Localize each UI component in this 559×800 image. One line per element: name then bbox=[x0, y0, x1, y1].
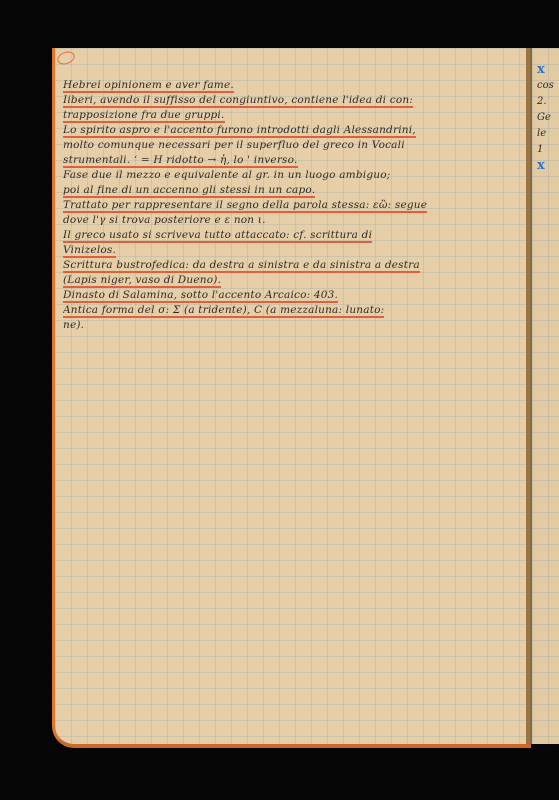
note-line: Dinasto di Salamina, sotto l'accento Arc… bbox=[63, 288, 525, 303]
note-text: molto comunque necessari per il superflu… bbox=[63, 139, 405, 151]
note-fragment: 2. bbox=[537, 94, 554, 110]
red-oval-mark bbox=[55, 49, 76, 66]
note-text: Hebrei opinionem e aver fame. bbox=[63, 79, 234, 93]
note-text: strumentali. ‘ = H ridotto → ἡ, lo ' inv… bbox=[63, 154, 298, 168]
note-line: Il greco usato si scriveva tutto attacca… bbox=[63, 228, 525, 243]
note-text: Lo spirito aspro e l'accento furono intr… bbox=[63, 124, 416, 138]
note-text: poi al fine di un accenno gli stessi in … bbox=[63, 184, 315, 198]
note-fragment: 1 bbox=[537, 142, 554, 158]
note-line: molto comunque necessari per il superflu… bbox=[63, 138, 525, 153]
note-text: Iiberi, avendo il suffisso del congiunti… bbox=[63, 94, 413, 108]
note-text: ne). bbox=[63, 319, 84, 331]
note-line: Fase due il mezzo e equivalente al gr. i… bbox=[63, 168, 525, 183]
note-text: trapposizione fra due gruppi. bbox=[63, 109, 225, 123]
note-text: (Lapis niger, vaso di Dueno). bbox=[63, 274, 221, 288]
note-line: trapposizione fra due gruppi. bbox=[63, 108, 525, 123]
note-line: (Lapis niger, vaso di Dueno). bbox=[63, 273, 525, 288]
note-text: Scrittura bustrofedica: da destra a sini… bbox=[63, 259, 420, 273]
blue-x-mark-icon: x bbox=[537, 62, 554, 78]
note-line: ne). bbox=[63, 318, 525, 333]
note-text: Fase due il mezzo e equivalente al gr. i… bbox=[63, 169, 390, 181]
note-text: Trattato per rappresentare il segno dell… bbox=[63, 199, 427, 213]
note-line: Lo spirito aspro e l'accento furono intr… bbox=[63, 123, 525, 138]
note-text: Dinasto di Salamina, sotto l'accento Arc… bbox=[63, 289, 338, 303]
note-line: poi al fine di un accenno gli stessi in … bbox=[63, 183, 525, 198]
handwritten-notes: Hebrei opinionem e aver fame. Iiberi, av… bbox=[63, 78, 525, 333]
note-line: dove l'γ si trova posteriore e ε non ι. bbox=[63, 213, 525, 228]
note-line: Vinizelos. bbox=[63, 243, 525, 258]
note-line: strumentali. ‘ = H ridotto → ἡ, lo ' inv… bbox=[63, 153, 525, 168]
note-line: Hebrei opinionem e aver fame. bbox=[63, 78, 525, 93]
note-line: Antica forma del σ: Σ (a tridente), C (a… bbox=[63, 303, 525, 318]
note-line: Iiberi, avendo il suffisso del congiunti… bbox=[63, 93, 525, 108]
note-line: Trattato per rappresentare il segno dell… bbox=[63, 198, 525, 213]
note-line: Scrittura bustrofedica: da destra a sini… bbox=[63, 258, 525, 273]
blue-x-mark-icon: x bbox=[537, 158, 554, 174]
note-text: dove l'γ si trova posteriore e ε non ι. bbox=[63, 214, 266, 226]
note-fragment: Ge bbox=[537, 110, 554, 126]
right-page-notes: x cos 2. Ge le 1 x bbox=[537, 62, 554, 174]
note-text: Antica forma del σ: Σ (a tridente), C (a… bbox=[63, 304, 384, 318]
note-fragment: cos bbox=[537, 78, 554, 94]
notebook-left-page: Hebrei opinionem e aver fame. Iiberi, av… bbox=[52, 48, 531, 748]
note-text: Il greco usato si scriveva tutto attacca… bbox=[63, 229, 372, 243]
note-text: Vinizelos. bbox=[63, 244, 116, 258]
note-fragment: le bbox=[537, 126, 554, 142]
